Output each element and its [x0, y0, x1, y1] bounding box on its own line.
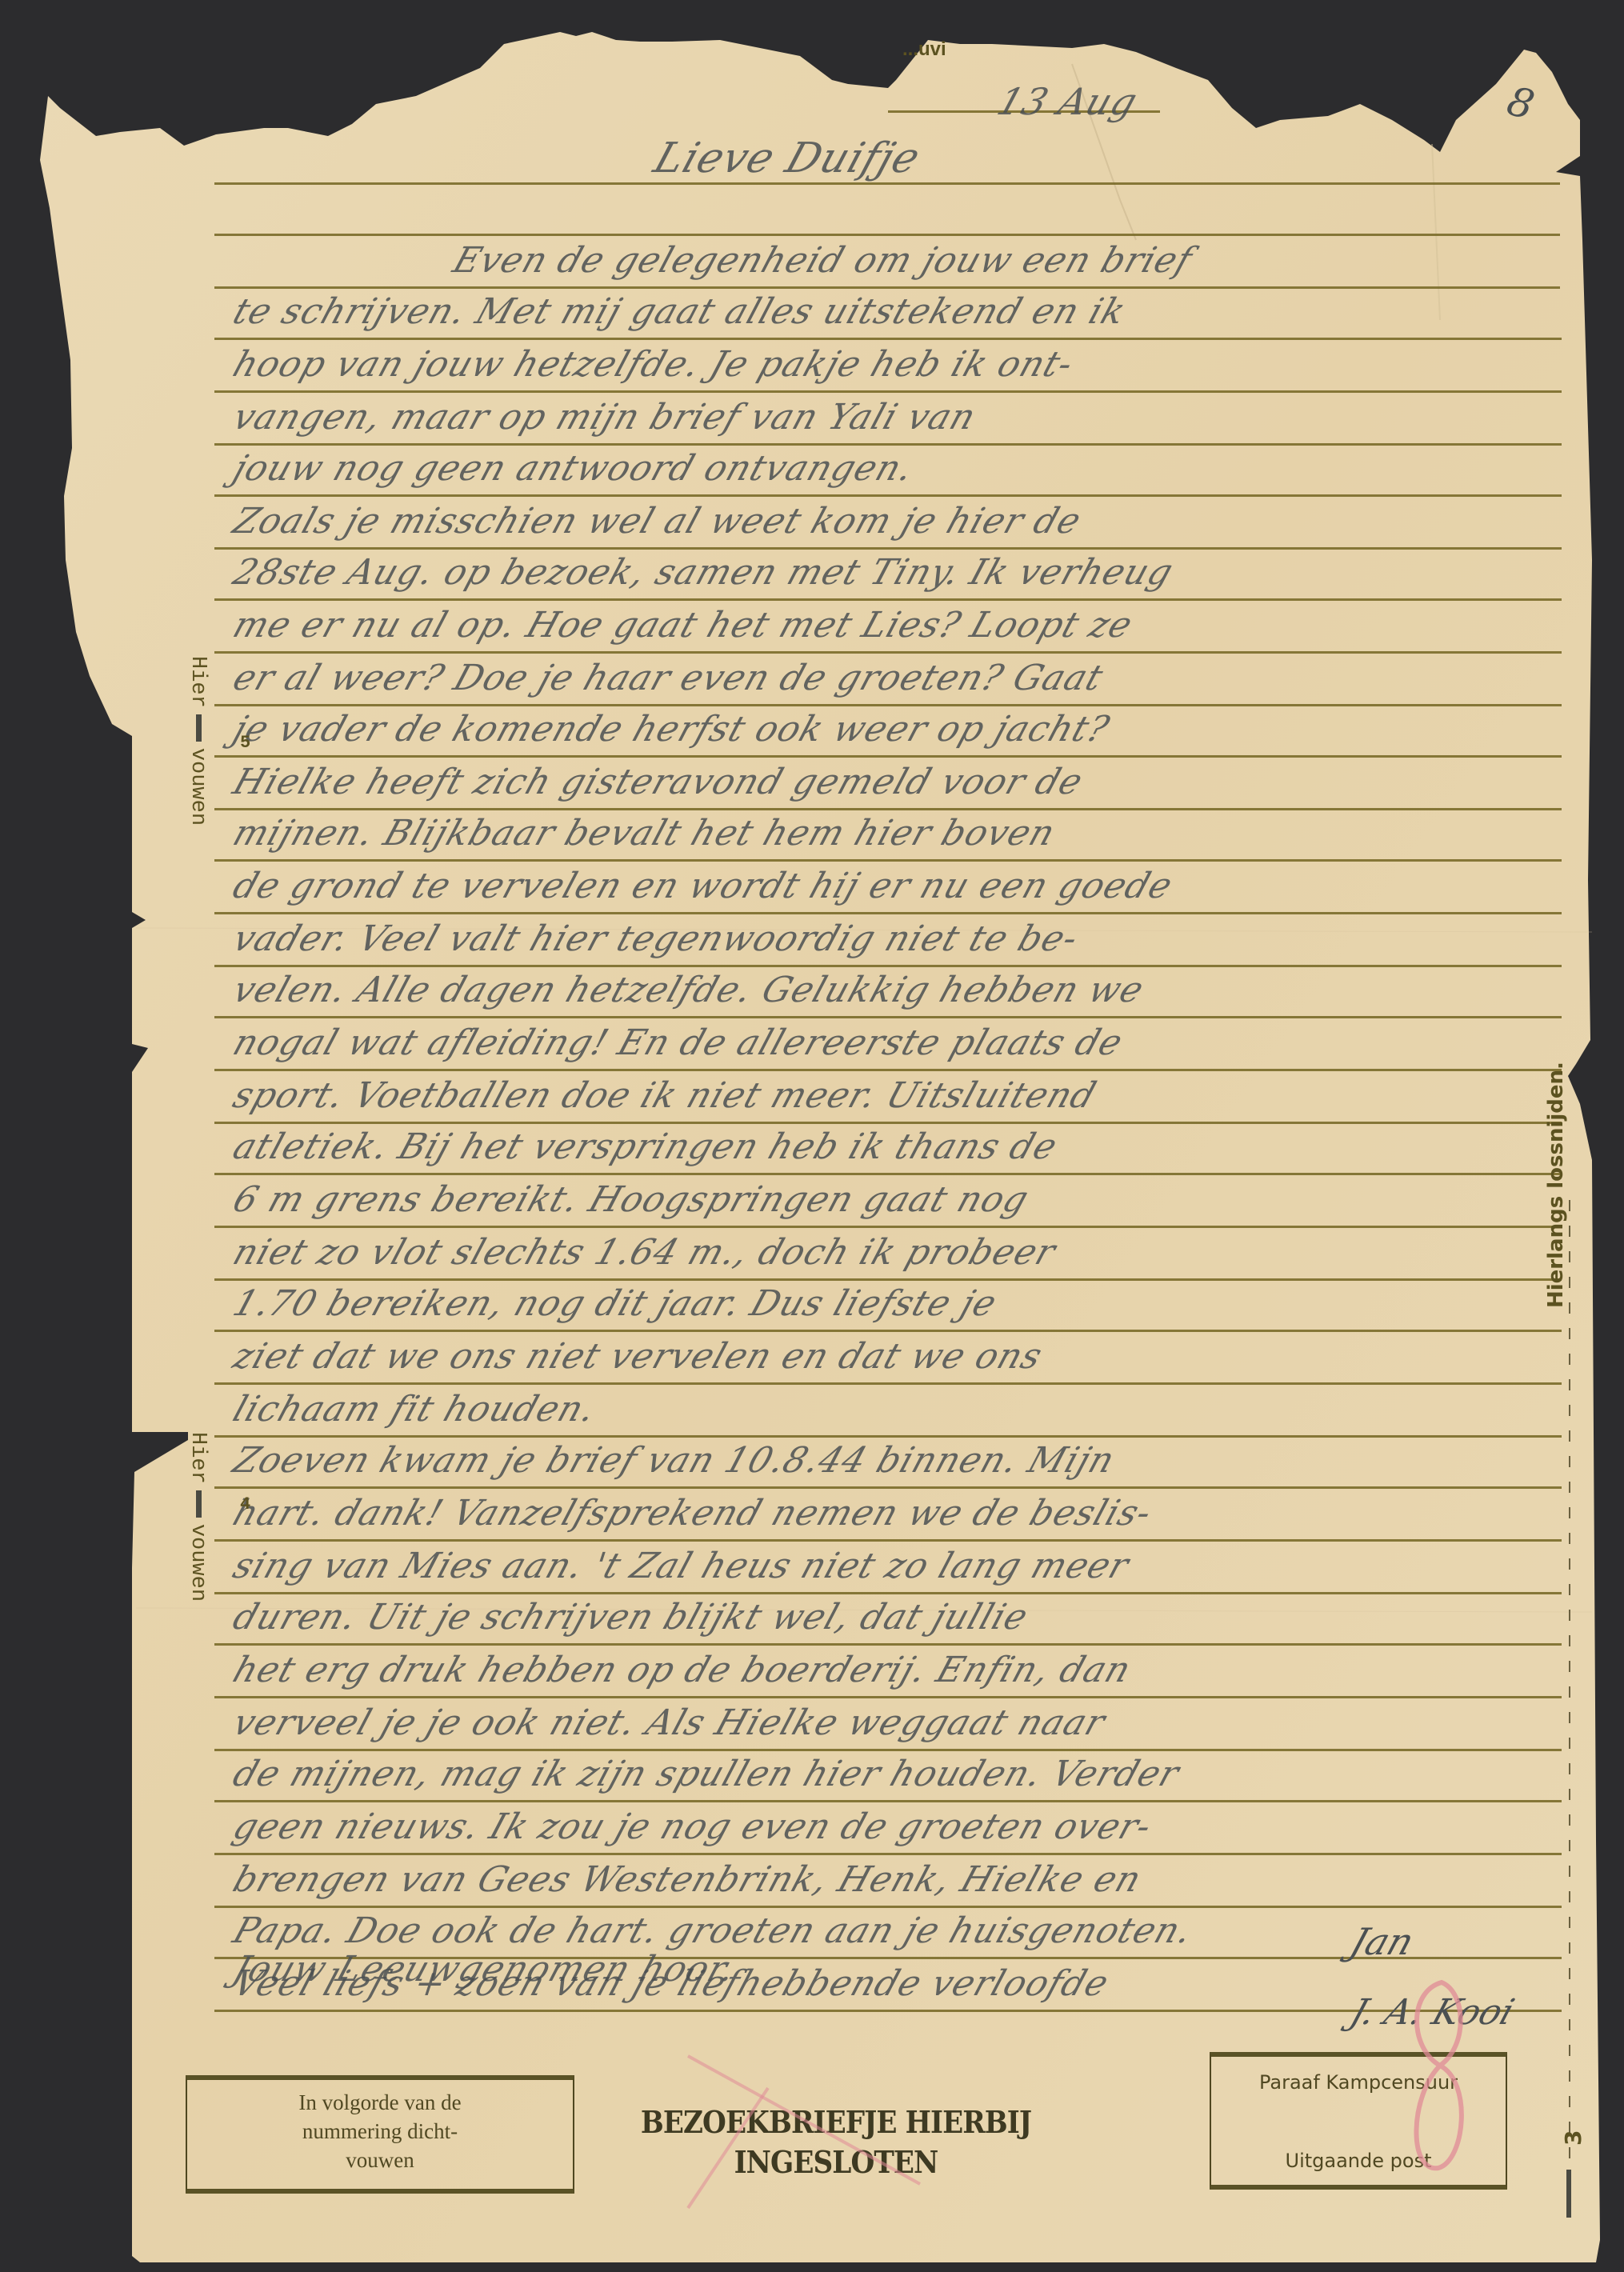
- salutation: Lieve Duifje: [648, 134, 926, 182]
- fold-number-4: 4: [240, 1494, 250, 1514]
- fold-label-vouwen: vouwen: [186, 1524, 210, 1602]
- fold-label-hier: Hier: [186, 1432, 210, 1484]
- fold-number-5: 5: [240, 733, 250, 753]
- letter-line: 1.70 bereiken, nog dit jaar. Dus liefste…: [228, 1283, 1002, 1324]
- letter-line: de grond te vervelen en wordt hij er nu …: [228, 866, 1178, 906]
- letter-line: sing van Mies aan. 't Zal heus niet zo l…: [228, 1546, 1134, 1586]
- letter-line: Even de gelegenheid om jouw een brief: [448, 240, 1198, 281]
- fold-instruction-line-2: nummering dicht-: [187, 2117, 573, 2146]
- printed-header-fragment: ...uvi: [902, 38, 946, 61]
- fold-label-4: Hiervouwen: [186, 1432, 210, 1602]
- letter-line: me er nu al op. Hoe gaat het met Lies? L…: [228, 605, 1138, 646]
- letter-line: brengen van Gees Westenbrink, Henk, Hiel…: [228, 1859, 1146, 1900]
- letter-line: Jouw Leeuwgenomen hoor.: [228, 1949, 742, 1990]
- letter-line: je vader de komende herfst ook weer op j…: [228, 709, 1114, 750]
- letter-line: de mijnen, mag ik zijn spullen hier houd…: [228, 1754, 1185, 1794]
- fold-number-3: 3: [1560, 2130, 1586, 2146]
- letter-line: niet zo vlot slechts 1.64 m., doch ik pr…: [228, 1232, 1061, 1273]
- letter-line: geen nieuws. Ik zou je nog even de groet…: [228, 1806, 1157, 1847]
- letter-line: vangen, maar op mijn brief van Yali van: [228, 397, 982, 438]
- enclosure-heading-line-2: INGESLOTEN: [602, 2142, 1070, 2182]
- censor-box: Paraaf Kampcensuur Uitgaande post: [1210, 2052, 1507, 2190]
- fold-instruction-line-1: In volgorde van de: [187, 2088, 573, 2117]
- letter-line: hart. dank! Vanzelfsprekend nemen we de …: [228, 1493, 1158, 1534]
- letter-line: verveel je je ook niet. Als Hielke wegga…: [228, 1702, 1110, 1743]
- letter-line: atletiek. Bij het verspringen heb ik tha…: [228, 1126, 1062, 1167]
- letter-line: Zoeven kwam je brief van 10.8.44 binnen.…: [228, 1440, 1120, 1481]
- letter-line: er al weer? Doe je haar even de groeten?…: [228, 658, 1109, 698]
- letter-date: 13 Aug: [992, 80, 1143, 123]
- letter-line: Hielke heeft zich gisteravond gemeld voo…: [228, 762, 1088, 802]
- censor-initials-label: Paraaf Kampcensuur: [1211, 2071, 1506, 2094]
- letter-line: nogal wat afleiding! En de allereerste p…: [228, 1022, 1128, 1063]
- letter-line: 28ste Aug. op bezoek, samen met Tiny. Ik…: [228, 552, 1178, 593]
- letter-line: lichaam fit houden.: [228, 1389, 602, 1430]
- letter-line: duren. Uit je schrijven blijkt wel, dat …: [228, 1597, 1034, 1638]
- fold-mark-icon: [1566, 2170, 1571, 2218]
- fold-label-hier: Hier: [186, 656, 210, 708]
- enclosure-heading: BEZOEKBRIEFJE HIERBIJ INGESLOTEN: [602, 2102, 1070, 2182]
- letter-line: 6 m grens bereikt. Hoogspringen gaat nog: [228, 1179, 1034, 1220]
- cut-label: Hierlangs lossnijden.: [1544, 1062, 1568, 1308]
- outgoing-mail-label: Uitgaande post: [1211, 2150, 1506, 2172]
- letter-line: hoop van jouw hetzelfde. Je pakje heb ik…: [228, 344, 1078, 385]
- fold-mark-icon: [196, 714, 202, 742]
- letter-line: Papa. Doe ook de hart. groeten aan je hu…: [228, 1910, 1198, 1951]
- letter-line: te schrijven. Met mij gaat alles uitstek…: [228, 291, 1131, 332]
- letter-line: vader. Veel valt hier tegenwoordig niet …: [228, 918, 1083, 959]
- letter-line: Zoals je misschien wel al weet kom je hi…: [228, 501, 1086, 542]
- fold-mark-icon: [196, 1490, 202, 1518]
- fold-label-5: Hiervouwen: [186, 656, 210, 826]
- enclosure-heading-line-1: BEZOEKBRIEFJE HIERBIJ: [602, 2102, 1070, 2142]
- letter-line: velen. Alle dagen hetzelfde. Gelukkig he…: [228, 970, 1150, 1010]
- letter-line: het erg druk hebben op de boerderij. Enf…: [228, 1650, 1136, 1690]
- letter-line: mijnen. Blijkbaar bevalt het hem hier bo…: [228, 813, 1061, 854]
- letter-line: ziet dat we ons niet vervelen en dat we …: [228, 1336, 1048, 1377]
- fold-label-vouwen: vouwen: [186, 748, 210, 826]
- fold-instruction-box: In volgorde van de nummering dicht- vouw…: [186, 2075, 574, 2194]
- fold-instruction-line-3: vouwen: [187, 2146, 573, 2174]
- letter-line: sport. Voetballen doe ik niet meer. Uits…: [228, 1075, 1102, 1116]
- letter-line: jouw nog geen antwoord ontvangen.: [228, 448, 919, 489]
- signature: J. A. Kooi: [1346, 1992, 1519, 2033]
